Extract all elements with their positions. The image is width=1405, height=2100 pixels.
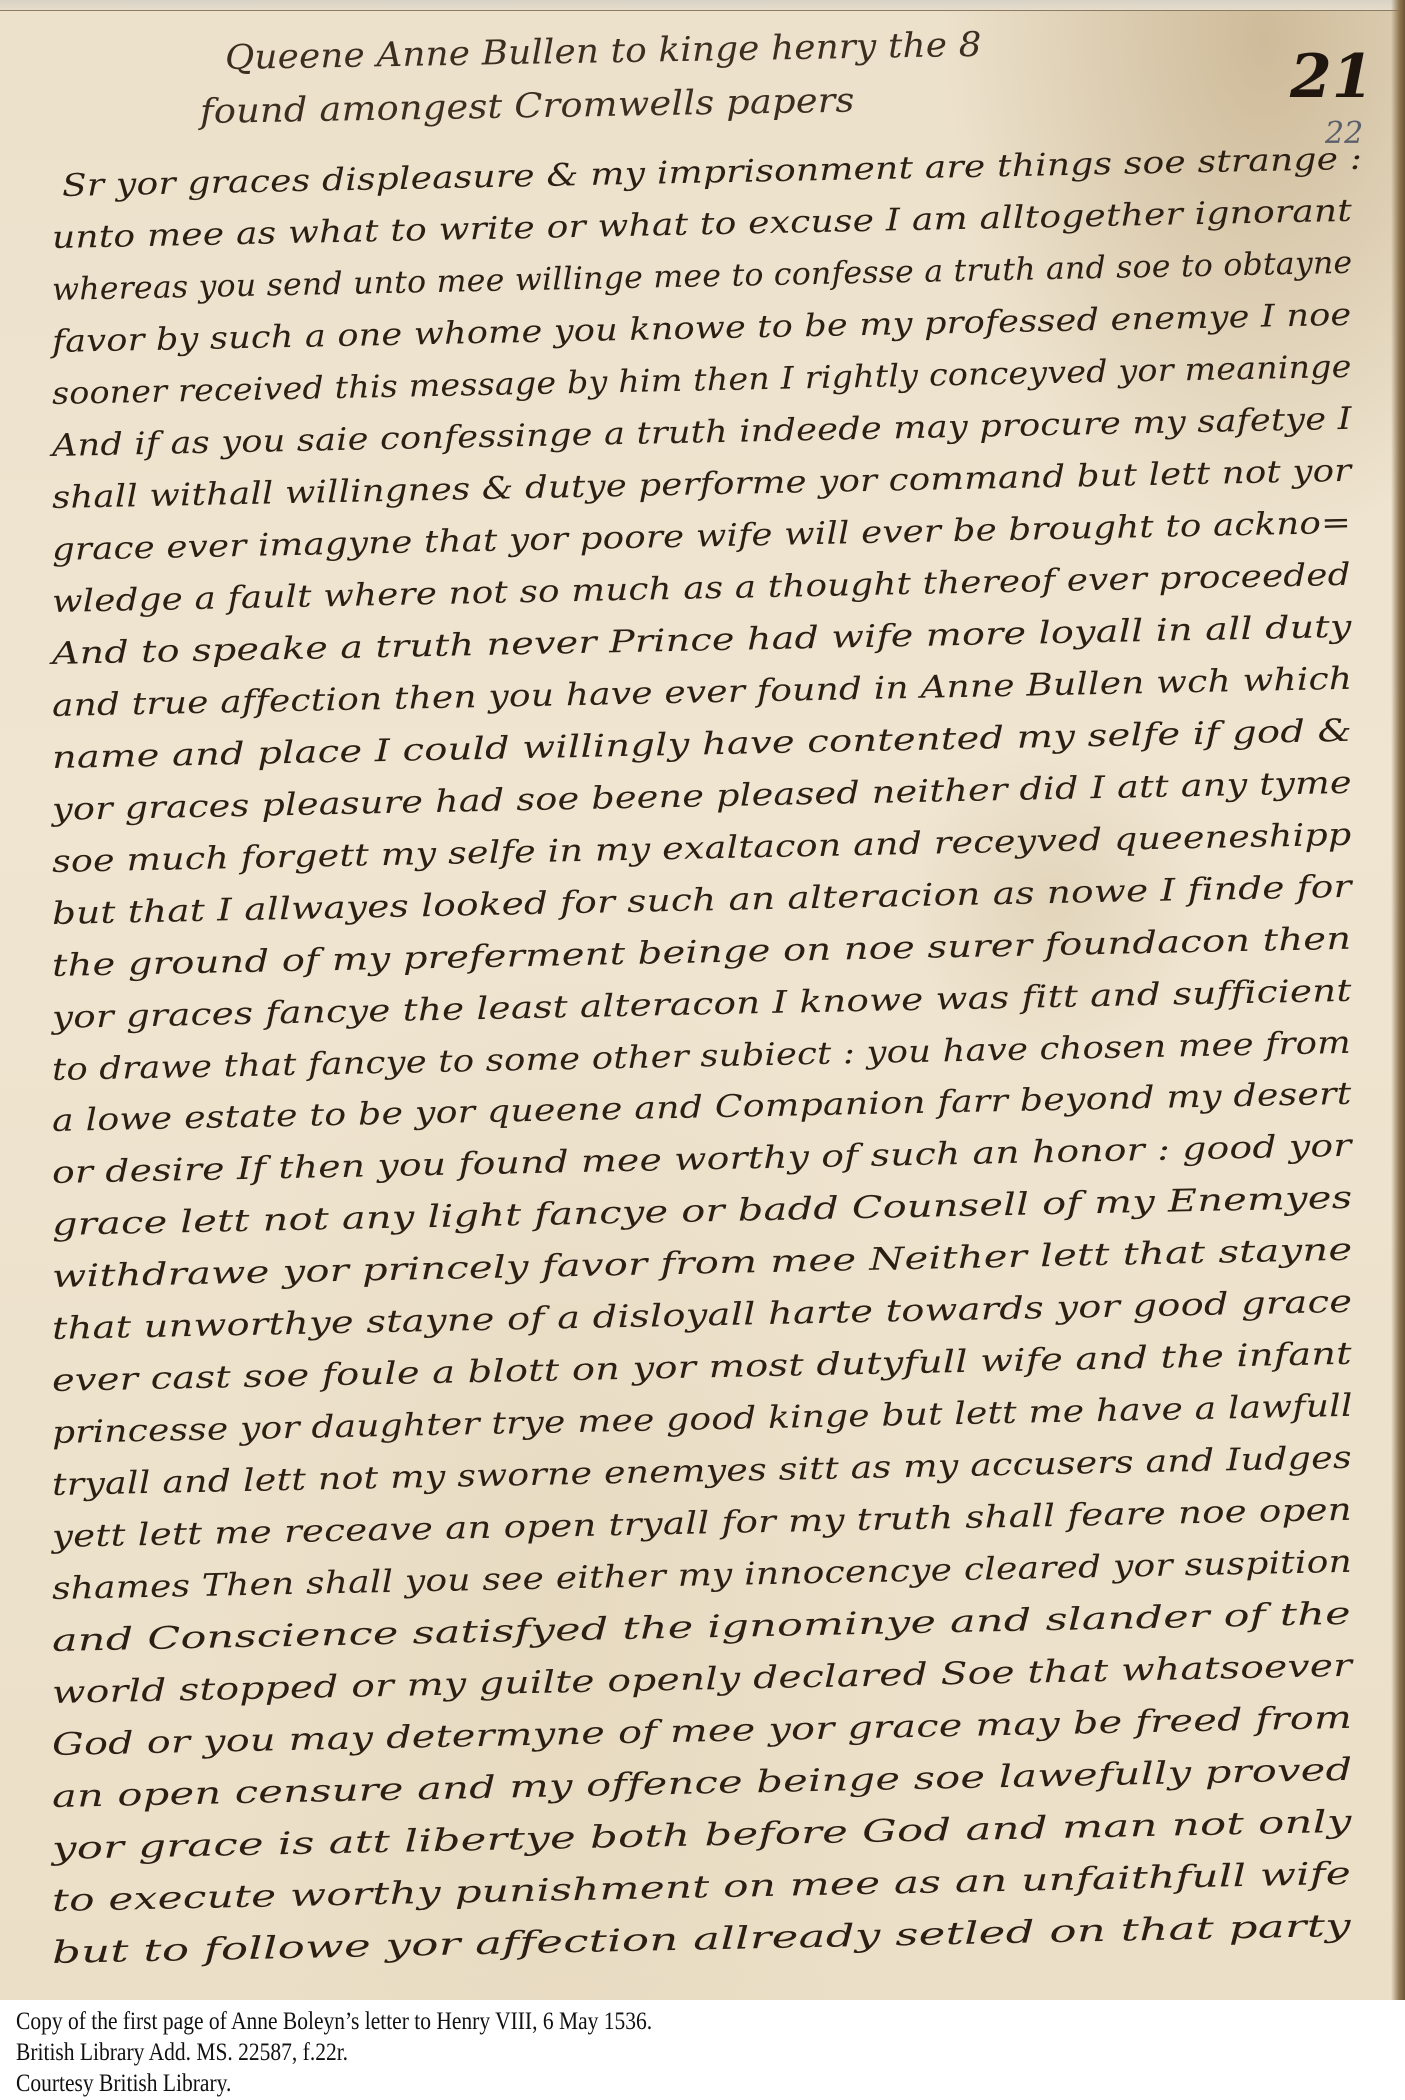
manuscript-line: yor graces fancye the least alteracon I … bbox=[52, 972, 1352, 1035]
manuscript-line: that unworthye stayne of a disloyall har… bbox=[52, 1284, 1353, 1347]
manuscript-line: wledge a fault where not so much as a th… bbox=[52, 557, 1351, 620]
manuscript-line: favor by such a one whome you knowe to b… bbox=[52, 297, 1352, 360]
caption-line-1: Copy of the first page of Anne Boleyn’s … bbox=[16, 2008, 652, 2036]
manuscript-line: ever cast soe foule a blott on yor most … bbox=[52, 1336, 1353, 1399]
manuscript-line: And if as you saie confessinge a truth i… bbox=[52, 401, 1352, 464]
manuscript-line: yett lett me receave an open tryall for … bbox=[52, 1492, 1353, 1555]
manuscript-line: name and place I could willingly have co… bbox=[52, 712, 1353, 775]
manuscript-line: God or you may determyne of mee yor grac… bbox=[52, 1700, 1353, 1763]
manuscript-line: sooner received this message by him then… bbox=[52, 349, 1352, 412]
manuscript-line: world stopped or my guilte openly declar… bbox=[52, 1648, 1353, 1711]
manuscript-line: whereas you send unto mee willinge mee t… bbox=[52, 245, 1353, 308]
manuscript-line: to execute worthy punishment on mee as a… bbox=[52, 1856, 1352, 1919]
manuscript-line: and true affection then you have ever fo… bbox=[52, 660, 1353, 723]
caption-line-2: British Library Add. MS. 22587, f.22r. bbox=[16, 2039, 348, 2067]
manuscript-line: or desire If then you found mee worthy o… bbox=[52, 1128, 1352, 1191]
manuscript-line: yor grace is att libertye both before Go… bbox=[52, 1804, 1352, 1867]
manuscript-line: withdrawe yor princely favor from mee Ne… bbox=[52, 1232, 1353, 1295]
folio-number: 21 bbox=[1290, 42, 1374, 112]
manuscript-line: tryall and lett not my sworne enemyes si… bbox=[52, 1440, 1352, 1503]
manuscript-line: but to followe yor affection allready se… bbox=[52, 1908, 1352, 1971]
manuscript-line: Sr yor graces displeasure & my imprisonm… bbox=[62, 141, 1363, 204]
manuscript-line: an open censure and my offence beinge so… bbox=[52, 1752, 1353, 1815]
manuscript-line: shall withall willingnes & dutye perform… bbox=[52, 453, 1352, 516]
manuscript-line: but that I allwayes looked for such an a… bbox=[52, 868, 1352, 931]
manuscript-line: a lowe estate to be yor queene and Compa… bbox=[52, 1076, 1352, 1139]
manuscript-line: yor graces pleasure had soe beene please… bbox=[52, 764, 1353, 827]
manuscript-line: the ground of my preferment beinge on no… bbox=[52, 920, 1352, 983]
manuscript-line: And to speake a truth never Prince had w… bbox=[52, 609, 1352, 672]
manuscript-line: princesse yor daughter trye mee good kin… bbox=[52, 1388, 1353, 1451]
caption-line-3: Courtesy British Library. bbox=[16, 2070, 231, 2098]
manuscript-line: unto mee as what to write or what to exc… bbox=[52, 193, 1353, 256]
manuscript-line: to drawe that fancye to some other subie… bbox=[52, 1024, 1352, 1087]
manuscript-page: Queene Anne Bullen to kinge henry the 8 … bbox=[0, 0, 1405, 2000]
manuscript-line: grace lett not any light fancye or badd … bbox=[52, 1180, 1353, 1243]
manuscript-line: and Conscience satisfyed the ignominye a… bbox=[52, 1596, 1352, 1659]
manuscript-line: soe much forgett my selfe in my exaltaco… bbox=[52, 816, 1352, 879]
manuscript-heading-line-2: found amongest Cromwells papers bbox=[200, 81, 855, 132]
manuscript-heading-line-1: Queene Anne Bullen to kinge henry the 8 bbox=[225, 25, 982, 78]
manuscript-line: shames Then shall you see either my inno… bbox=[52, 1544, 1353, 1607]
manuscript-line: grace ever imagyne that yor poore wife w… bbox=[52, 505, 1352, 568]
